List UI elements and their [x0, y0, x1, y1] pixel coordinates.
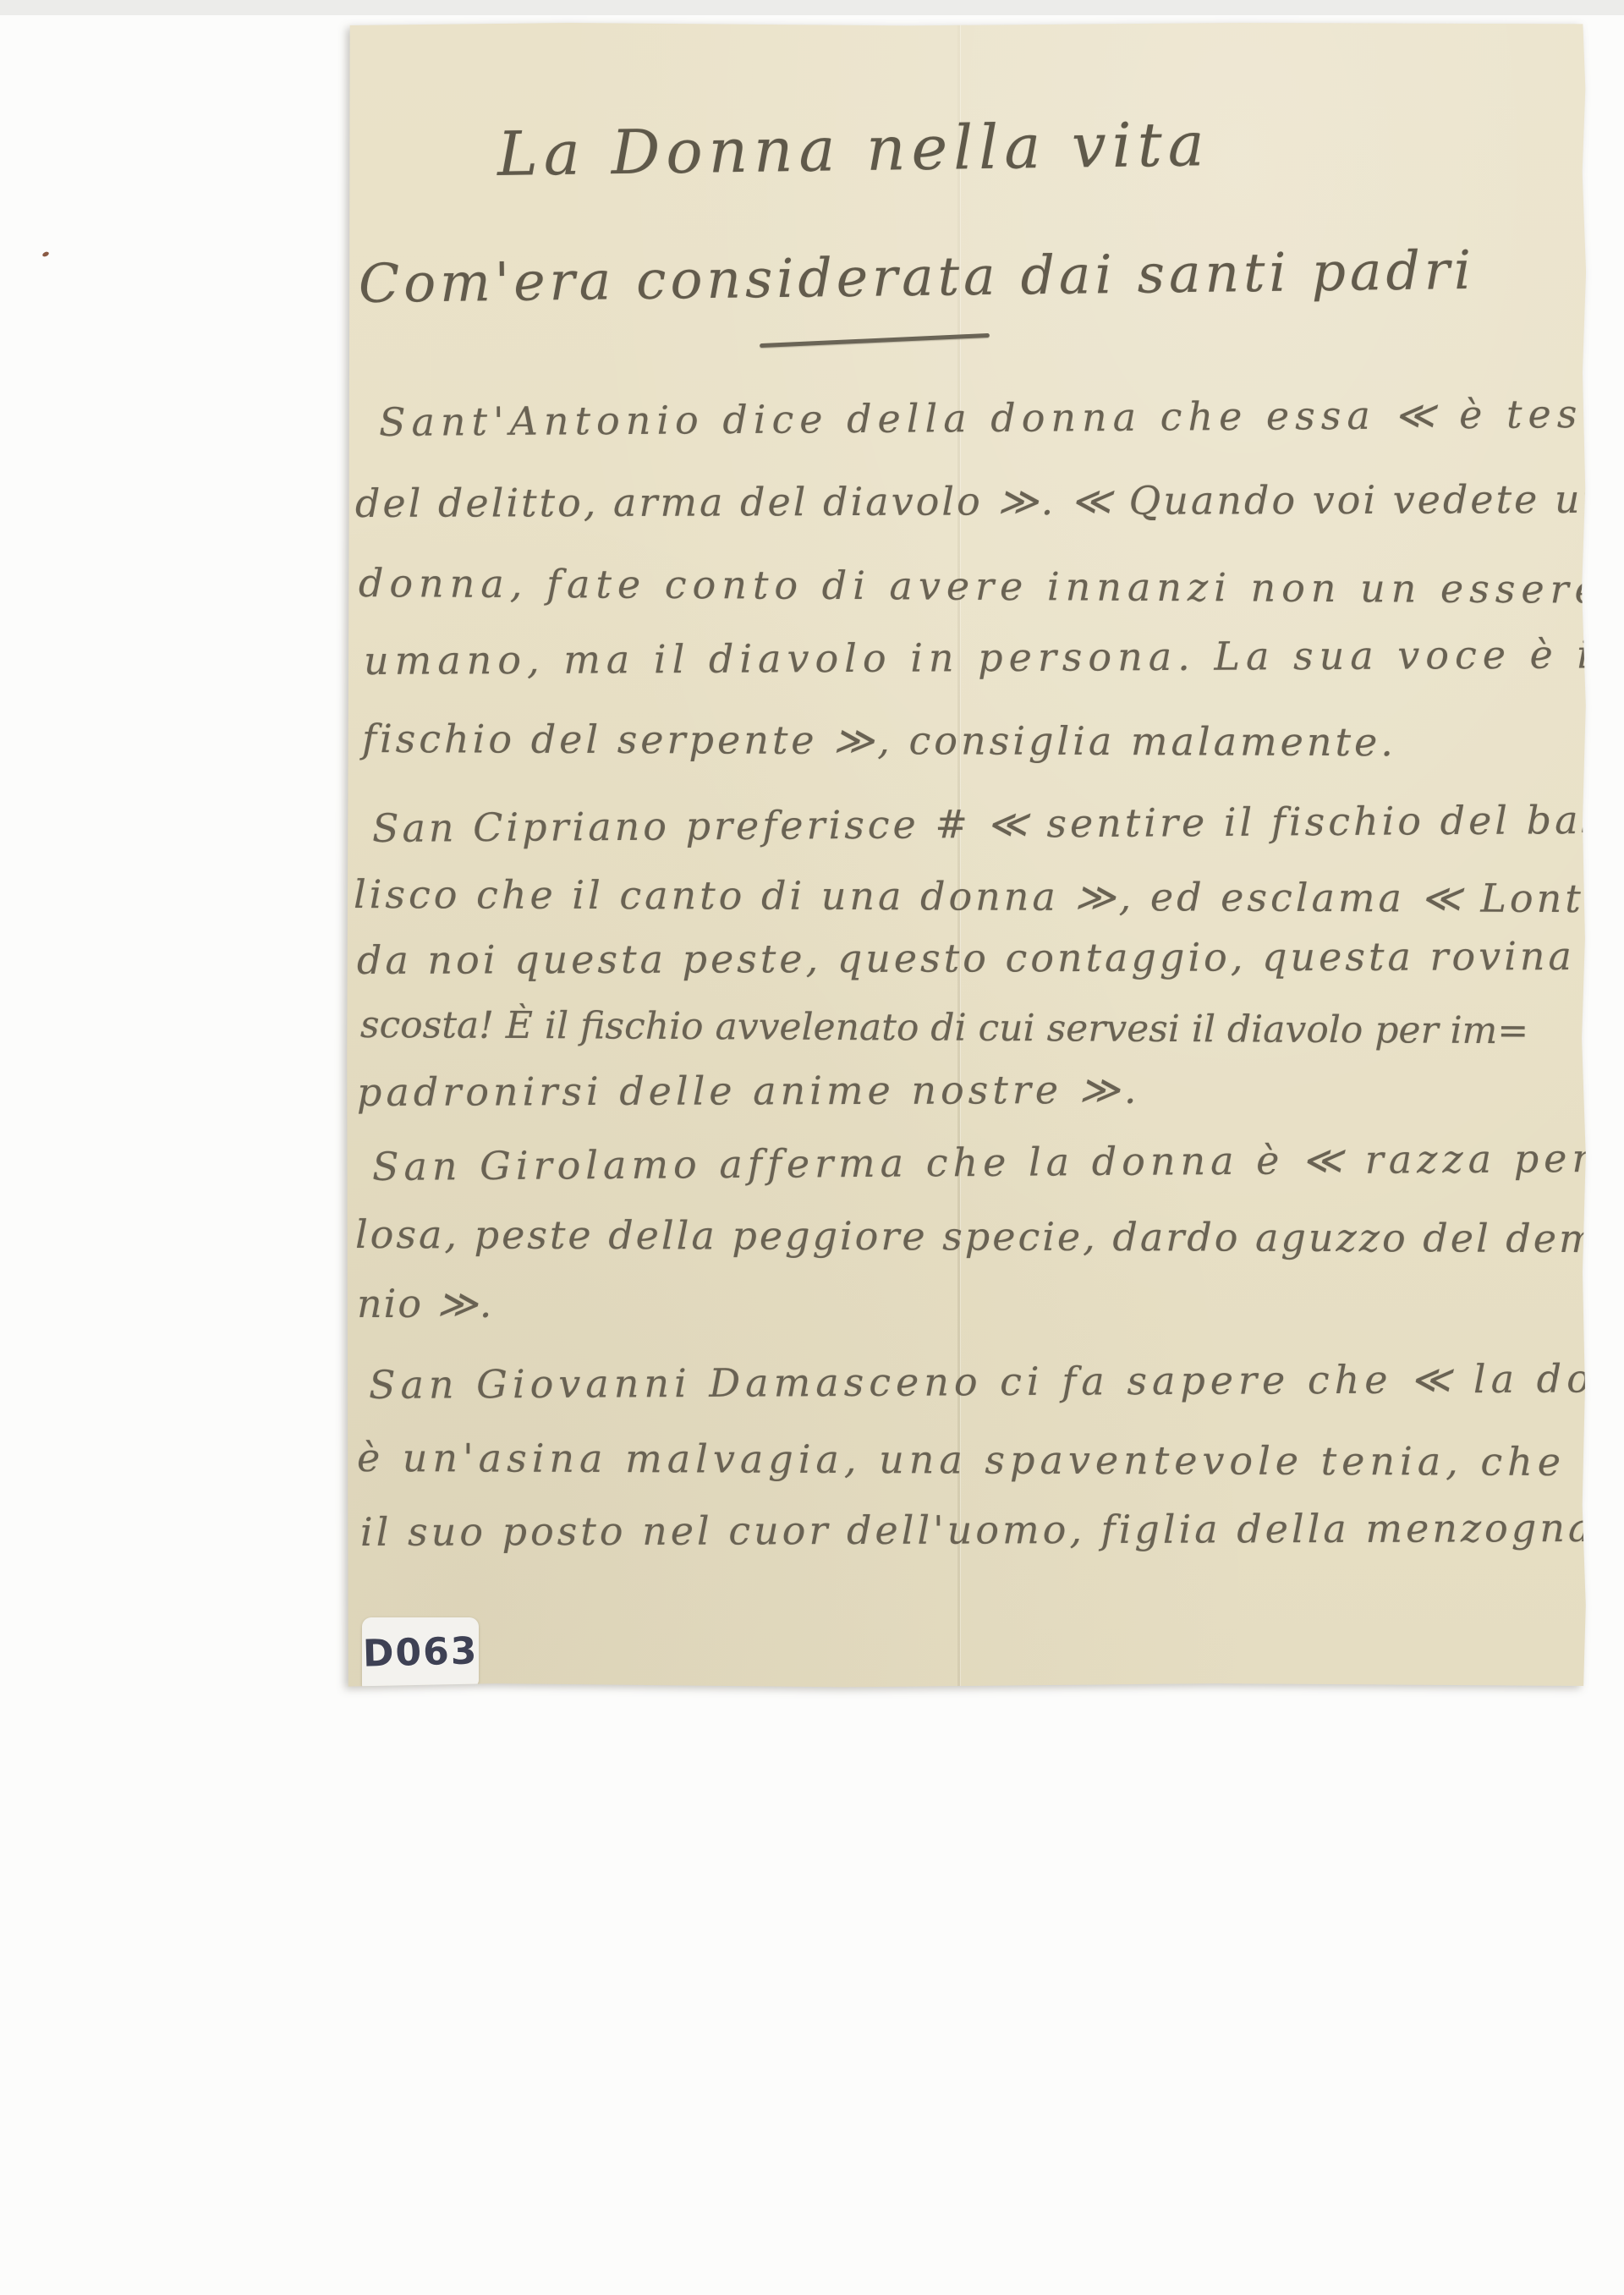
manuscript-line: San Giovanni Damasceno ci fa sapere che …	[369, 1359, 1624, 1404]
manuscript-line: lisco che il canto di una donna ≫, ed es…	[354, 875, 1624, 918]
manuscript-line: donna, fate conto di avere innanzi non u…	[359, 563, 1604, 609]
manuscript-line: San Cipriano preferisce # ≪ sentire il f…	[372, 799, 1624, 848]
manuscript-line: Sant'Antonio dice della donna che essa ≪…	[379, 394, 1624, 442]
manuscript-line: San Girolamo afferma che la donna è ≪ ra…	[372, 1138, 1624, 1186]
manuscript-line: scosta! È il fischio avvelenato di cui s…	[360, 1007, 1528, 1050]
page-title: La Donna nella vita	[497, 113, 1210, 184]
paper-surface: La Donna nella vita Com'era considerata …	[347, 22, 1588, 1688]
manuscript-line: del delitto, arma del diavolo ≫. ≪ Quand…	[355, 480, 1624, 523]
paper-sheet: La Donna nella vita Com'era considerata …	[347, 22, 1588, 1688]
manuscript-line: è un'asina malvagia, una spaventevole te…	[357, 1438, 1624, 1481]
divider-stroke	[760, 333, 990, 348]
manuscript-line: losa, peste della peggiore specie, dardo…	[355, 1215, 1624, 1258]
scanned-document: { "document": { "title": "La Donna nella…	[0, 0, 1624, 2295]
manuscript-line: il suo posto nel cuor dell'uomo, figlia …	[360, 1508, 1610, 1551]
manuscript-line: padronirsi delle anime nostre ≫.	[357, 1070, 1141, 1112]
manuscript-line: nio ≫.	[357, 1284, 493, 1323]
manuscript-line: da noi questa peste, questo contaggio, q…	[357, 936, 1624, 980]
archival-label-sticker: D063	[362, 1617, 479, 1687]
page-subtitle: Com'era considerata dai santi padri	[359, 244, 1476, 310]
manuscript-line: fischio del serpente ≫, consiglia malame…	[362, 719, 1396, 761]
scanner-edge-strip	[0, 0, 1624, 15]
archival-label-text: D063	[362, 1629, 479, 1676]
manuscript-line: umano, ma il diavolo in persona. La sua …	[364, 634, 1614, 680]
ink-speck	[41, 251, 49, 258]
